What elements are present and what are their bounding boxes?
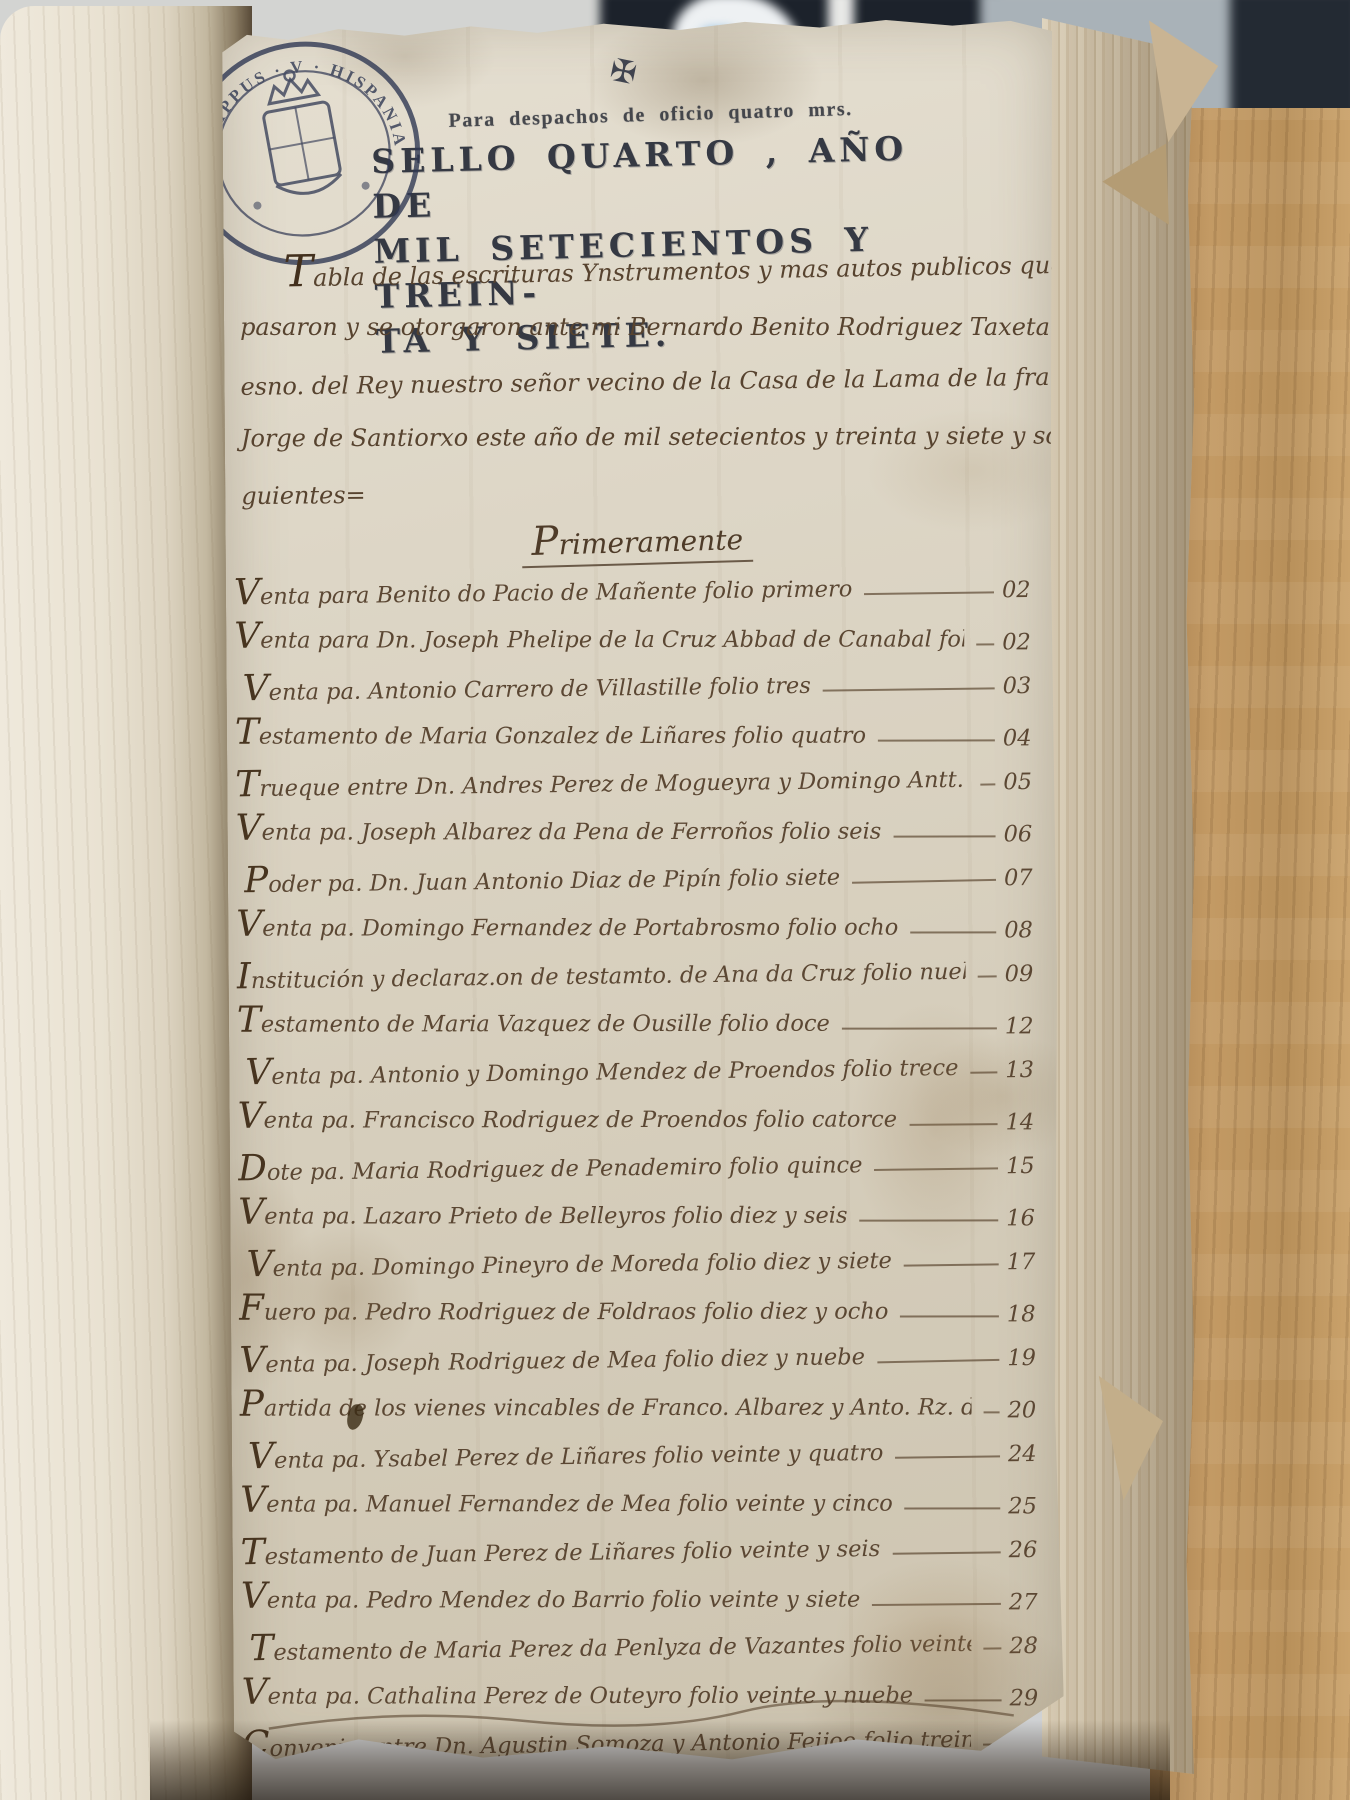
intro-line: pasaron y se otorgaron ante mi Bernardo … (240, 300, 1040, 355)
entry-text: Venta pa. Antonio Carrero de Villastille… (242, 661, 811, 709)
entry-text: Testamento de Maria Vazquez de Ousille f… (237, 999, 830, 1041)
index-entry-row: Venta pa. Ysabel Perez de Liñares folio … (248, 1419, 1053, 1478)
index-entry-row: Venta pa. Domingo Fernandez de Portabros… (236, 895, 1048, 944)
entry-folio: 09 (1004, 961, 1048, 988)
entry-leader-line (878, 739, 995, 741)
entry-folio: 19 (1007, 1345, 1051, 1372)
entry-leader-line (852, 879, 996, 884)
entry-leader-line (976, 643, 994, 645)
entry-leader-line (900, 1315, 999, 1317)
entry-text: Dote pa. Maria Rodriguez de Penademiro f… (238, 1140, 863, 1189)
entry-leader-line (904, 1263, 999, 1266)
entry-text: Testamento de Maria Gonzalez de Liñares … (235, 711, 866, 753)
entry-text: Testamento de Juan Perez de Liñares foli… (240, 1524, 880, 1573)
index-entry-row: Poder pa. Dn. Juan Antonio Diaz de Pipín… (244, 843, 1049, 902)
intro-paragraph: Tabla de las escrituras Ynstrumentos y m… (239, 235, 1041, 523)
entry-leader-line (977, 975, 996, 977)
entry-leader-line (905, 1507, 1001, 1509)
paper-stain (270, 1222, 421, 1373)
entry-leader-line (983, 1743, 1002, 1745)
paper-stain (833, 1557, 1054, 1719)
intro-line: Tabla de las escrituras Ynstrumentos y m… (283, 231, 1040, 306)
entry-text: Poder pa. Dn. Juan Antonio Diaz de Pipín… (244, 852, 841, 901)
index-entry-row: Trueque entre Dn. Andres Perez de Moguey… (235, 747, 1048, 806)
entry-text: Venta para Dn. Joseph Phelipe de la Cruz… (234, 614, 964, 656)
entry-text: Venta pa. Manuel Fernandez de Mea folio … (240, 1479, 893, 1521)
paper-stain (849, 997, 1021, 1258)
manuscript-page: ✠ Para despachos de oficio quatro mrs. S… (222, 17, 1064, 1763)
entry-text: Venta pa. Domingo Fernandez de Portabros… (236, 903, 898, 945)
entry-folio: 07 (1004, 865, 1048, 892)
entry-text: Venta pa. Pedro Mendez do Barrio folio v… (241, 1575, 860, 1617)
index-entry-row: Institución y declaraz.on de testamto. d… (236, 939, 1049, 998)
index-entry-row: Venta pa. Manuel Fernandez de Mea folio … (240, 1471, 1052, 1520)
cross-ornament-icon: ✠ (607, 52, 640, 92)
entry-text: Trueque entre Dn. Andres Perez de Moguey… (235, 755, 969, 806)
entry-leader-line (823, 687, 995, 691)
entry-folio: 17 (1006, 1249, 1050, 1276)
index-entry-row: Venta para Benito do Pacio de Mañente fo… (234, 555, 1047, 614)
entry-leader-line (984, 1411, 1000, 1413)
title-line-1: SELLO QUARTO , AÑO DE (371, 125, 953, 229)
entry-text: Venta pa. Antonio y Domingo Mendez de Pr… (245, 1043, 959, 1093)
index-entry-row: Venta pa. Joseph Albarez da Pena de Ferr… (235, 799, 1047, 848)
book-fore-edge-pages (1042, 18, 1194, 1774)
entry-folio: 24 (1008, 1441, 1052, 1468)
entry-folio: 26 (1009, 1537, 1053, 1564)
entry-text: Venta para Benito do Pacio de Mañente fo… (234, 564, 853, 613)
entry-leader-line (877, 1359, 999, 1363)
intro-line: Jorge de Santiorxo este año de mil setec… (241, 409, 1041, 467)
book-left-pages-edge (0, 6, 252, 1800)
intro-line: guientes= (241, 461, 1042, 524)
entry-leader-line (981, 783, 996, 785)
index-entry-row: Venta para Dn. Joseph Phelipe de la Cruz… (234, 607, 1046, 656)
index-entry-row: Testamento de Maria Gonzalez de Liñares … (235, 703, 1047, 752)
entry-leader-line (893, 835, 995, 837)
entry-text: Venta pa. Joseph Albarez da Pena de Ferr… (236, 807, 882, 849)
entry-folio: 03 (1002, 673, 1046, 700)
entry-folio: 02 (1002, 577, 1046, 604)
entry-leader-line (864, 591, 994, 595)
entry-leader-line (895, 1455, 1000, 1458)
entry-folio: 05 (1003, 769, 1047, 796)
entry-leader-line (892, 1551, 1001, 1554)
entry-leader-line (910, 931, 996, 933)
archive-photo: ✠ Para despachos de oficio quatro mrs. S… (0, 0, 1350, 1800)
intro-line: esno. del Rey nuestro señor vecino de la… (240, 350, 1041, 415)
index-entry-row: Venta pa. Antonio Carrero de Villastille… (242, 651, 1047, 710)
entry-text: Institución y declaraz.on de testamto. d… (236, 947, 965, 998)
entry-text: Venta pa. Ysabel Perez de Liñares folio … (248, 1428, 884, 1477)
entry-text: Venta pa. Francisco Rodriguez de Proendo… (238, 1095, 898, 1137)
